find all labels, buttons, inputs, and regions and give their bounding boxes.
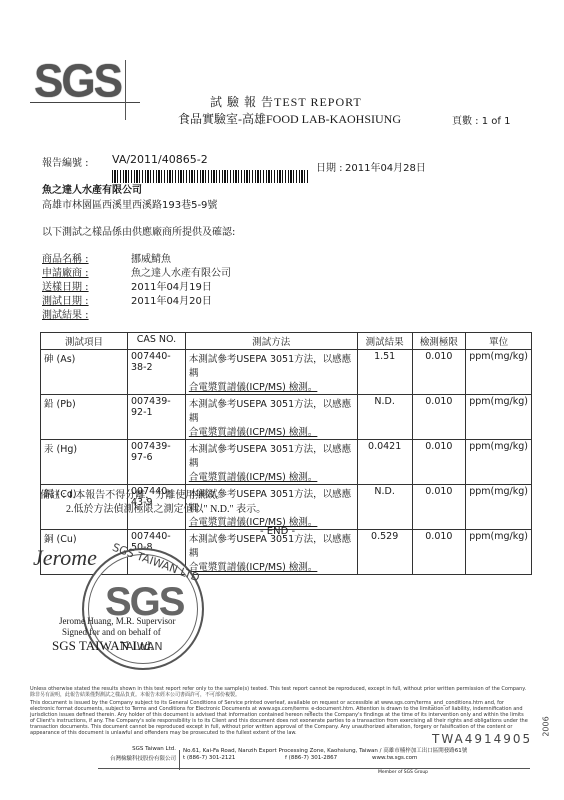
col-header-limit: 檢測極限 — [412, 333, 466, 350]
unit: ppm(mg/kg) — [466, 350, 532, 395]
detection-limit: 0.010 — [412, 485, 466, 530]
date-label: 日期 : — [316, 159, 343, 174]
unit: ppm(mg/kg) — [466, 530, 532, 575]
test-method: 本測試參考USEPA 3051方法，以感應耦合電漿質譜儀(ICP/MS) 檢測。 — [185, 440, 357, 485]
sample-label: 測試結果 : — [42, 306, 89, 321]
form-year: 2006 — [542, 716, 551, 736]
table-header-row: 測試項目 CAS NO. 測試方法 測試結果 檢測極限 單位 — [41, 333, 532, 350]
logo-underline — [30, 102, 140, 103]
end-marker: - END - — [260, 526, 295, 537]
detection-limit: 0.010 — [412, 395, 466, 440]
footer-fax: f (886-7) 301-2867 — [285, 755, 337, 761]
col-header-unit: 單位 — [466, 333, 532, 350]
signed-for: Signed for and on behalf of — [62, 627, 161, 637]
logo-divider — [125, 60, 126, 120]
detection-limit: 0.010 — [412, 530, 466, 575]
cas-number: 007440-38-2 — [128, 350, 186, 395]
col-header-item: 測試項目 — [41, 333, 128, 350]
sample-label: 申請廠商 : — [42, 264, 89, 279]
company-name: 魚之達人水產有限公司 — [42, 181, 142, 196]
handwritten-signature: Jerome — [33, 545, 97, 571]
footer-divider — [179, 750, 180, 770]
footer-address: No.61, Kai-Fa Road, Nanzih Export Proces… — [183, 746, 467, 754]
note-2: 2.低於方法偵測極限之測定值以" N.D." 表示。 — [66, 500, 266, 515]
test-item: 砷 (As) — [41, 350, 128, 395]
unit: ppm(mg/kg) — [466, 395, 532, 440]
footer-member: Member of SGS Group — [378, 770, 428, 775]
serial-number: TWA4914905 — [432, 732, 532, 746]
report-number-label: 報告編號 : — [42, 154, 89, 169]
test-result: 1.51 — [357, 350, 412, 395]
sgs-logo: SGS — [34, 56, 121, 109]
signer-name: Jerome Huang, M.R. Supervisor — [59, 616, 176, 626]
col-header-cas: CAS NO. — [128, 333, 186, 350]
table-row: 汞 (Hg)007439-97-6本測試參考USEPA 3051方法，以感應耦合… — [41, 440, 532, 485]
test-method: 本測試參考USEPA 3051方法，以感應耦合電漿質譜儀(ICP/MS) 檢測。 — [185, 395, 357, 440]
footer-company-zh: 台灣檢驗科技股份有限公司 — [78, 754, 176, 762]
method-line-2: 合電漿質譜儀(ICP/MS) 檢測。 — [189, 469, 354, 483]
col-header-method: 測試方法 — [185, 333, 357, 350]
test-result: 0.0421 — [357, 440, 412, 485]
table-row: 砷 (As)007440-38-2本測試參考USEPA 3051方法，以感應耦合… — [41, 350, 532, 395]
unit: ppm(mg/kg) — [466, 440, 532, 485]
method-line-2: 合電漿質譜儀(ICP/MS) 檢測。 — [189, 379, 354, 393]
method-line-1: 本測試參考USEPA 3051方法，以感應耦 — [189, 441, 354, 469]
company-address: 高雄市林園區西溪里西溪路193巷5-9號 — [42, 196, 217, 211]
disclaimer-2: This document is issued by the Company s… — [30, 700, 530, 736]
test-item: 汞 (Hg) — [41, 440, 128, 485]
cas-number: 007439-97-6 — [128, 440, 186, 485]
test-item: 鉛 (Pb) — [41, 395, 128, 440]
col-header-result: 測試結果 — [357, 333, 412, 350]
sample-label: 測試日期 : — [42, 292, 89, 307]
report-date: 2011年04月28日 — [345, 159, 426, 174]
sample-label: 商品名稱 : — [42, 250, 89, 265]
footer-website[interactable]: www.tw.sgs.com — [372, 755, 417, 761]
disclaimer-1: Unless otherwise stated the results show… — [30, 686, 530, 698]
footer-tel: t (886-7) 301-2121 — [183, 755, 235, 761]
sample-value: 挪威鯖魚 — [131, 250, 171, 265]
method-line-1: 本測試參考USEPA 3051方法，以感應耦 — [189, 351, 354, 379]
sample-value: 魚之達人水產有限公司 — [131, 264, 231, 279]
signer-company: SGS TAIWAN Ltd. — [52, 638, 154, 654]
note-1: 備註 : 1.本報告不得分離，分離使用無效。 — [40, 486, 225, 501]
intro-text: 以下測試之樣品係由供應廠商所提供及確認: — [42, 223, 235, 238]
method-line-1: 本測試參考USEPA 3051方法，以感應耦 — [189, 396, 354, 424]
test-result: N.D. — [357, 485, 412, 530]
footer-rule — [98, 768, 530, 769]
table-row: 鉛 (Pb)007439-92-1本測試參考USEPA 3051方法，以感應耦合… — [41, 395, 532, 440]
report-number: VA/2011/40865-2 — [112, 153, 208, 166]
results-table: 測試項目 CAS NO. 測試方法 測試結果 檢測極限 單位 砷 (As)007… — [40, 332, 532, 575]
report-title: 試 驗 報 告TEST REPORT — [210, 93, 362, 110]
test-method: 本測試參考USEPA 3051方法，以感應耦合電漿質譜儀(ICP/MS) 檢測。 — [185, 350, 357, 395]
test-result: 0.529 — [357, 530, 412, 575]
method-line-2: 合電漿質譜儀(ICP/MS) 檢測。 — [189, 559, 354, 573]
method-line-2: 合電漿質譜儀(ICP/MS) 檢測。 — [189, 424, 354, 438]
sample-value: 2011年04月20日 — [131, 292, 212, 307]
detection-limit: 0.010 — [412, 350, 466, 395]
unit: ppm(mg/kg) — [466, 485, 532, 530]
detection-limit: 0.010 — [412, 440, 466, 485]
cas-number: 007439-92-1 — [128, 395, 186, 440]
sample-label: 送樣日期 : — [42, 278, 89, 293]
page-count: 頁數 : 1 of 1 — [452, 112, 510, 127]
lab-name: 食品實驗室-高雄FOOD LAB-KAOHSIUNG — [178, 110, 401, 127]
test-result: N.D. — [357, 395, 412, 440]
sample-value: 2011年04月19日 — [131, 278, 212, 293]
footer-company-en: SGS Taiwan Ltd. — [118, 746, 176, 752]
